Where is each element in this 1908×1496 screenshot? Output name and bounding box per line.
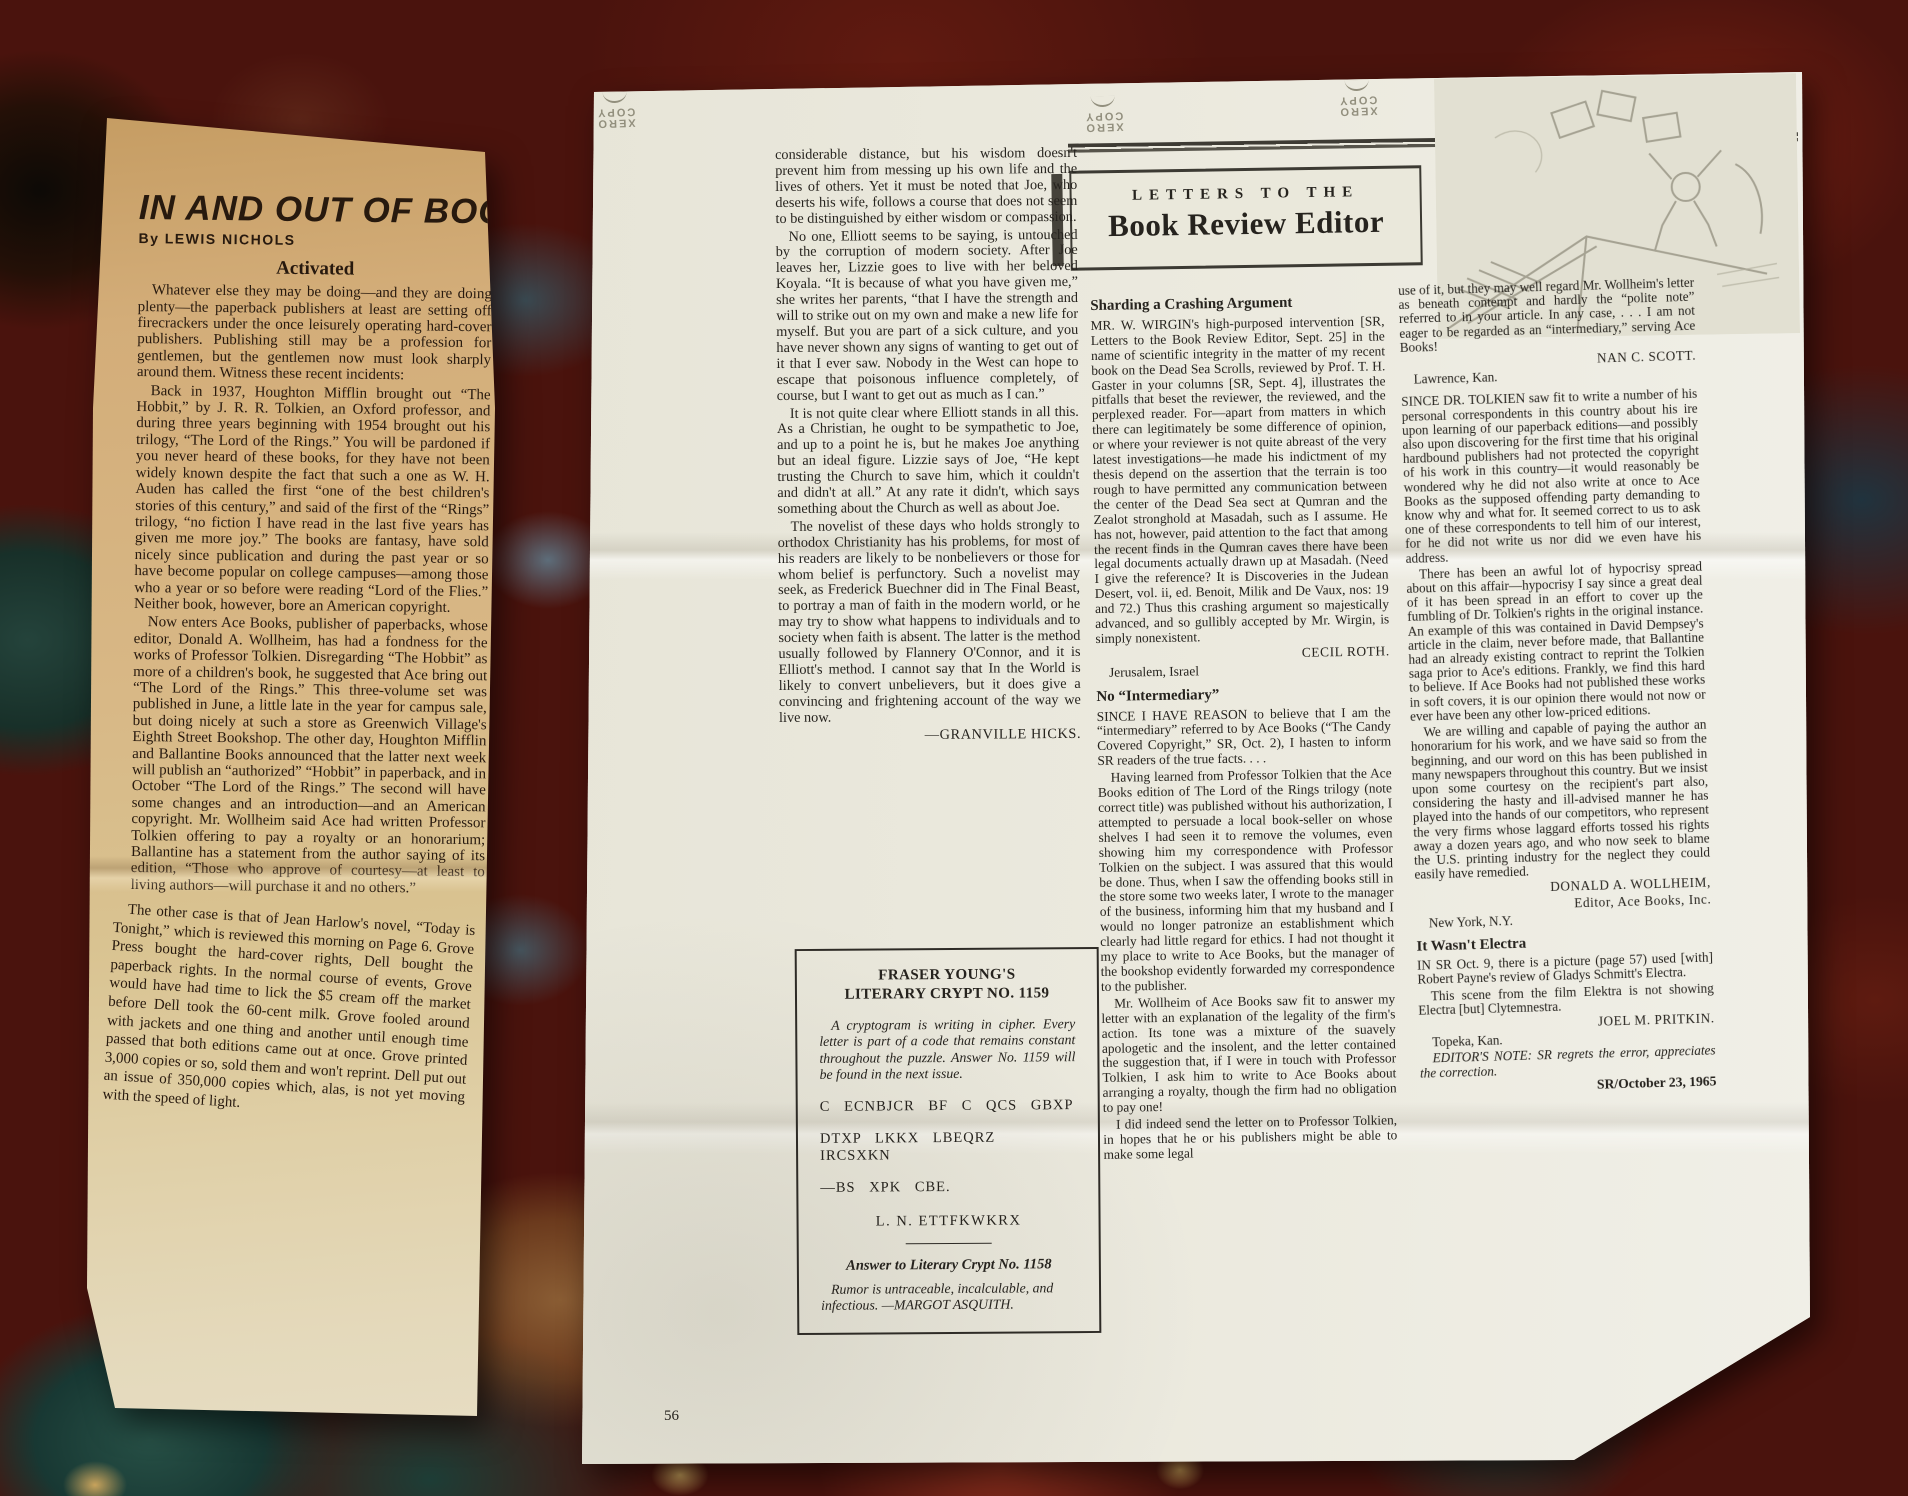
stamp-text: COPY bbox=[1338, 93, 1378, 105]
photo-of-clippings-on-carpet: IN AND OUT OF BOOKS By LEWIS NICHOLS Act… bbox=[0, 0, 1908, 1496]
letter-paragraph: We are willing and capable of paying the… bbox=[1410, 718, 1710, 882]
review-paragraph: considerable distance, but his wisdom do… bbox=[775, 146, 1078, 228]
stamp-arc bbox=[1345, 80, 1369, 92]
crypt-divider bbox=[906, 1242, 992, 1244]
letter-paragraph: There has been an awful lot of hypocrisy… bbox=[1406, 559, 1706, 723]
left-clipping-shadow: IN AND OUT OF BOOKS By LEWIS NICHOLS Act… bbox=[85, 108, 499, 1426]
stamp-arc bbox=[1091, 96, 1115, 108]
column-1: considerable distance, but his wisdom do… bbox=[775, 146, 1081, 747]
xero-copy-stamp: XERO COPY bbox=[1083, 95, 1123, 132]
cipher-line: DTXP LKKX LBEQRZ IRCSXKN bbox=[820, 1129, 1076, 1165]
letter-paragraph: Mr. Wollheim of Ace Books saw fit to ans… bbox=[1101, 992, 1397, 1116]
literary-crypt-box: FRASER YOUNG'S LITERARY CRYPT NO. 1159 A… bbox=[795, 947, 1102, 1335]
review-paragraph: It is not quite clear where Elliott stan… bbox=[777, 404, 1080, 517]
page-title: Book Review Editor bbox=[1072, 203, 1421, 244]
section-heading: Activated bbox=[138, 259, 492, 280]
header-kicker: LETTERS TO THE bbox=[1072, 183, 1420, 205]
clipping-paragraph: Now enters Ace Books, publisher of paper… bbox=[131, 614, 488, 897]
letter-paragraph: use of it, but they may well regard Mr. … bbox=[1398, 276, 1696, 355]
crypt-answer-text: Rumor is untraceable, incalculable, and … bbox=[821, 1280, 1077, 1314]
cipher-line: —BS XPK CBE. bbox=[820, 1178, 1076, 1197]
review-paragraph: No one, Elliott seems to be saying, is u… bbox=[776, 227, 1079, 404]
crypt-title-line2: LITERARY CRYPT NO. 1159 bbox=[819, 984, 1075, 1005]
crypt-answer-heading: Answer to Literary Crypt No. 1158 bbox=[821, 1256, 1077, 1275]
stamp-text: COPY bbox=[1084, 109, 1124, 121]
stamp-text: COPY bbox=[596, 105, 636, 117]
right-page-shadow: XERO COPY XERO COPY XERO COPY XERO COPY bbox=[570, 62, 1816, 1474]
column-title: IN AND OUT OF BOOKS bbox=[139, 200, 493, 221]
xero-copy-stamp: XERO COPY bbox=[595, 91, 635, 128]
clipping-paragraph: Whatever else they may be doing—and they… bbox=[137, 282, 492, 385]
cipher-line: C ECNBJCR BF C QCS GBXP bbox=[820, 1097, 1076, 1116]
clipping-paragraph: Back in 1937, Houghton Mifflin brought o… bbox=[134, 383, 491, 617]
letter-paragraph: I did indeed send the letter on to Profe… bbox=[1103, 1113, 1398, 1162]
crypt-solver-name: L. N. ETTFKWKRX bbox=[821, 1212, 1077, 1231]
letters-page: XERO COPY XERO COPY XERO COPY XERO COPY bbox=[570, 62, 1816, 1474]
crypt-title-line1: FRASER YOUNG'S bbox=[819, 965, 1075, 986]
left-clipping: IN AND OUT OF BOOKS By LEWIS NICHOLS Act… bbox=[85, 108, 499, 1426]
letter-heading: Sharding a Crashing Argument bbox=[1090, 294, 1384, 314]
column-byline: By LEWIS NICHOLS bbox=[138, 230, 492, 251]
letter-heading: No “Intermediary” bbox=[1096, 685, 1390, 705]
crypt-instructions: A cryptogram is writing in cipher. Every… bbox=[819, 1016, 1075, 1083]
reviewer-signature: —GRANVILLE HICKS. bbox=[779, 727, 1081, 745]
page-number: 56 bbox=[664, 1408, 679, 1425]
left-clipping-text: IN AND OUT OF BOOKS By LEWIS NICHOLS Act… bbox=[128, 200, 493, 1112]
stamp-arc bbox=[603, 92, 627, 104]
letters-header-box: LETTERS TO THE Book Review Editor bbox=[1069, 165, 1423, 271]
xero-copy-stamp: XERO COPY bbox=[1337, 79, 1377, 116]
letter-paragraph: SINCE I HAVE REASON to believe that I am… bbox=[1097, 705, 1392, 769]
letter-paragraph: Having learned from Professor Tolkien th… bbox=[1098, 767, 1395, 995]
review-paragraph: The novelist of these days who holds str… bbox=[778, 518, 1081, 727]
letter-paragraph: MR. W. WIRGIN's high-purposed interventi… bbox=[1090, 314, 1389, 647]
column-2: Sharding a Crashing Argument MR. W. WIRG… bbox=[1090, 285, 1398, 1164]
letter-paragraph: SINCE DR. TOLKIEN saw fit to write a num… bbox=[1401, 387, 1702, 566]
column-3: use of it, but they may well regard Mr. … bbox=[1398, 276, 1717, 1099]
clipping-paragraph: The other case is that of Jean Harlow's … bbox=[102, 900, 476, 1126]
letter-location: Jerusalem, Israel bbox=[1096, 661, 1390, 681]
folded-section: The other case is that of Jean Harlow's … bbox=[102, 900, 476, 1126]
